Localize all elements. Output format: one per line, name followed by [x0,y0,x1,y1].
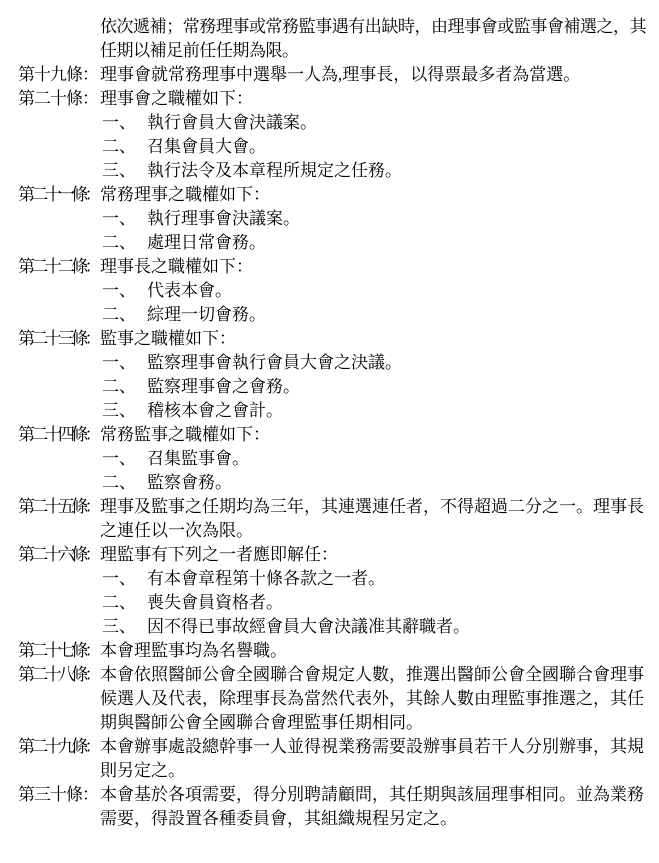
document-page: 依次遞補；常務理事或常務監事遇有出缺時，由理事會或監事會補選之，其任期以補足前任… [0,0,659,863]
article-body: 本會基於各項需要，得分別聘請顧問，其任期與該屆理事相同。並為業務需要，得設置各種… [100,783,652,831]
article-body: 理事及監事之任期均為三年，其連選連任者，不得超過二分之一。理事長之連任以一次為限… [100,495,652,543]
article-text: 理事及監事之任期均為三年，其連選連任者，不得超過二分之一。理事長之連任以一次為限… [100,495,652,543]
article-body: 本會理監事均為名譽職。 [100,639,652,663]
article-row: 第二十四條： 常務監事之職權如下： 一、召集監事會。 二、監察會務。 [18,423,659,495]
subitem-number: 一、 [102,567,136,591]
article-text: 本會理監事均為名譽職。 [100,639,652,663]
subitem-number: 一、 [102,447,136,471]
subitem-text: 執行理事會決議案。 [147,209,300,228]
subitem-number: 三、 [102,615,136,639]
bylaws-document: 依次遞補；常務理事或常務監事遇有出缺時，由理事會或監事會補選之，其任期以補足前任… [18,15,659,831]
subitem-text: 執行會員大會決議案。 [147,113,317,132]
article-body: 理事會之職權如下： 一、執行會員大會決議案。 二、召集會員大會。 三、執行法令及… [100,87,652,183]
article-subitem: 三、執行法令及本章程所規定之任務。 [100,159,652,183]
subitem-number: 三、 [102,159,136,183]
subitem-text: 執行法令及本章程所規定之任務。 [147,161,402,180]
article-text: 常務理事之職權如下： [100,183,652,207]
article-subitem: 二、監察會務。 [100,471,652,495]
subitem-text: 喪失會員資格者。 [147,593,283,612]
article-label: 第二十九條： [18,735,100,759]
article-body: 監事之職權如下： 一、監察理事會執行會員大會之決議。 二、監察理事會之會務。 三… [100,327,652,423]
article-subitem: 三、稽核本會之會計。 [100,399,652,423]
article-subitem: 一、執行理事會決議案。 [100,207,652,231]
article-text: 本會基於各項需要，得分別聘請顧問，其任期與該屆理事相同。並為業務需要，得設置各種… [100,783,652,831]
article-subitem: 一、有本會章程第十條各款之一者。 [100,567,652,591]
article-row: 第二十六條： 理監事有下列之一者應即解任： 一、有本會章程第十條各款之一者。 二… [18,543,659,639]
article-row: 第二十九條： 本會辦事處設總幹事一人並得視業務需要設辦事員若干人分別辦事，其規則… [18,735,659,783]
article-label: 第二十條： [18,87,100,111]
subitem-text: 監察理事會執行會員大會之決議。 [147,353,402,372]
subitem-number: 一、 [102,207,136,231]
subitem-text: 綜理一切會務。 [147,305,266,324]
article-label: 第二十一條： [18,183,100,207]
continuation-text: 依次遞補；常務理事或常務監事遇有出缺時，由理事會或監事會補選之，其任期以補足前任… [100,15,652,63]
article-text: 本會依照醫師公會全國聯合會規定人數，推選出醫師公會全國聯合會理事候選人及代表，除… [100,663,652,735]
subitem-number: 二、 [102,231,136,255]
article-subitem: 二、處理日常會務。 [100,231,652,255]
article-row: 第三十條： 本會基於各項需要，得分別聘請顧問，其任期與該屆理事相同。並為業務需要… [18,783,659,831]
article-text: 常務監事之職權如下： [100,423,652,447]
article-label: 第二十二條： [18,255,100,279]
article-subitem: 一、代表本會。 [100,279,652,303]
subitem-text: 稽核本會之會計。 [147,401,283,420]
subitem-number: 二、 [102,135,136,159]
subitem-text: 召集會員大會。 [147,137,266,156]
subitem-text: 處理日常會務。 [147,233,266,252]
article-label: 第二十五條： [18,495,100,519]
article-subitem: 一、召集監事會。 [100,447,652,471]
article-row: 第二十三條： 監事之職權如下： 一、監察理事會執行會員大會之決議。 二、監察理事… [18,327,659,423]
article-text: 理事會就常務理事中選舉一人為,理事長，以得票最多者為當選。 [100,63,652,87]
subitem-text: 因不得已事故經會員大會決議准其辭職者。 [147,617,470,636]
subitem-number: 一、 [102,111,136,135]
article-body: 本會辦事處設總幹事一人並得視業務需要設辦事員若干人分別辦事，其規則另定之。 [100,735,652,783]
article-subitem: 二、喪失會員資格者。 [100,591,652,615]
article-row: 第二十一條： 常務理事之職權如下： 一、執行理事會決議案。 二、處理日常會務。 [18,183,659,255]
article-row: 第二十八條： 本會依照醫師公會全國聯合會規定人數，推選出醫師公會全國聯合會理事候… [18,663,659,735]
article-text: 理事會之職權如下： [100,87,652,111]
subitem-text: 有本會章程第十條各款之一者。 [147,569,385,588]
subitem-number: 三、 [102,399,136,423]
article-row: 第十九條： 理事會就常務理事中選舉一人為,理事長，以得票最多者為當選。 [18,63,659,87]
article-label: 第三十條： [18,783,100,807]
article-body: 常務監事之職權如下： 一、召集監事會。 二、監察會務。 [100,423,652,495]
subitem-number: 一、 [102,351,136,375]
article-text: 本會辦事處設總幹事一人並得視業務需要設辦事員若干人分別辦事，其規則另定之。 [100,735,652,783]
article-body: 常務理事之職權如下： 一、執行理事會決議案。 二、處理日常會務。 [100,183,652,255]
subitem-number: 二、 [102,471,136,495]
subitem-number: 二、 [102,591,136,615]
subitem-text: 召集監事會。 [147,449,249,468]
article-label: 第二十四條： [18,423,100,447]
article-label: 第二十三條： [18,327,100,351]
subitem-text: 監察會務。 [147,473,232,492]
subitem-number: 一、 [102,279,136,303]
subitem-number: 二、 [102,303,136,327]
article-row: 第二十二條： 理事長之職權如下： 一、代表本會。 二、綜理一切會務。 [18,255,659,327]
article-row: 第二十五條： 理事及監事之任期均為三年，其連選連任者，不得超過二分之一。理事長之… [18,495,659,543]
continuation-paragraph: 依次遞補；常務理事或常務監事遇有出缺時，由理事會或監事會補選之，其任期以補足前任… [18,15,659,63]
subitem-text: 代表本會。 [147,281,232,300]
article-body: 理事會就常務理事中選舉一人為,理事長，以得票最多者為當選。 [100,63,652,87]
article-text: 理事長之職權如下： [100,255,652,279]
article-body: 理事長之職權如下： 一、代表本會。 二、綜理一切會務。 [100,255,652,327]
article-subitem: 二、監察理事會之會務。 [100,375,652,399]
article-subitem: 三、因不得已事故經會員大會決議准其辭職者。 [100,615,652,639]
article-body: 本會依照醫師公會全國聯合會規定人數，推選出醫師公會全國聯合會理事候選人及代表，除… [100,663,652,735]
article-label: 第二十六條： [18,543,100,567]
article-body: 理監事有下列之一者應即解任： 一、有本會章程第十條各款之一者。 二、喪失會員資格… [100,543,652,639]
subitem-text: 監察理事會之會務。 [147,377,300,396]
subitem-number: 二、 [102,375,136,399]
article-subitem: 二、綜理一切會務。 [100,303,652,327]
article-subitem: 二、召集會員大會。 [100,135,652,159]
article-label: 第十九條： [18,63,100,87]
article-row: 第二十條： 理事會之職權如下： 一、執行會員大會決議案。 二、召集會員大會。 三… [18,87,659,183]
article-subitem: 一、監察理事會執行會員大會之決議。 [100,351,652,375]
article-text: 監事之職權如下： [100,327,652,351]
article-subitem: 一、執行會員大會決議案。 [100,111,652,135]
article-label: 第二十八條： [18,663,100,687]
article-row: 第二十七條： 本會理監事均為名譽職。 [18,639,659,663]
article-label: 第二十七條： [18,639,100,663]
article-text: 理監事有下列之一者應即解任： [100,543,652,567]
